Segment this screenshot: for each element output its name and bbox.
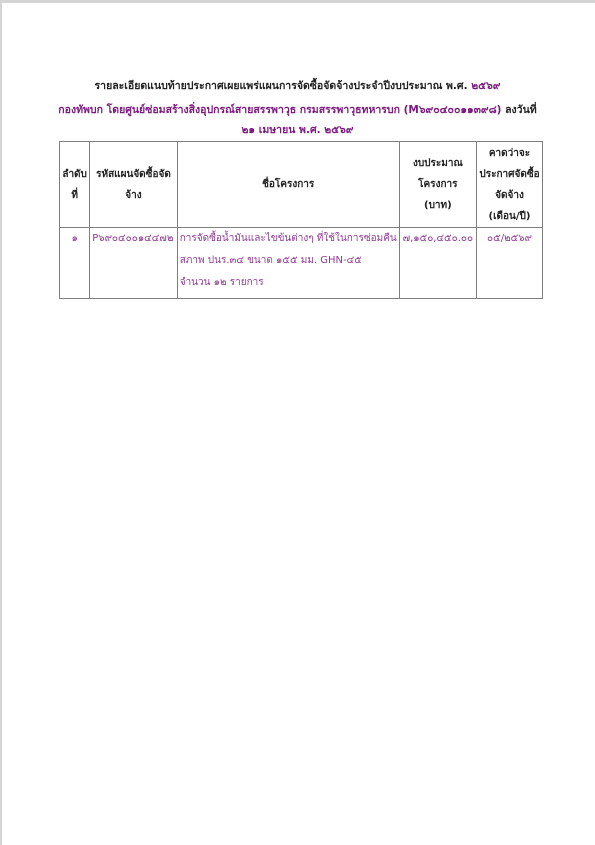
document-title-line-2: กองทัพบก โดยศูนย์ซ่อมสร้างสิ่งอุปกรณ์สาย… (0, 99, 595, 121)
header-budget: งบประมาณ โครงการ (บาท) (399, 142, 476, 228)
table-row: ๑ P๖๙๐๔๐๐๑๔๔๗๒ การจัดซื้อน้ำมันและไขข้นต… (60, 228, 543, 299)
table-header-row: ลำดับ ที่ รหัสแผนจัดซื้อจัด จ้าง ชื่อโคร… (60, 142, 543, 228)
fiscal-year: ๒๕๖๙ (471, 80, 500, 92)
dated-label: ลงวันที่ (501, 104, 536, 116)
cell-sequence: ๑ (60, 228, 90, 299)
document-date: ๒๑ เมษายน พ.ศ. ๒๕๖๙ (0, 119, 595, 141)
procurement-plan-table: ลำดับ ที่ รหัสแผนจัดซื้อจัด จ้าง ชื่อโคร… (59, 141, 543, 299)
document-title-line-1: รายละเอียดแนบท้ายประกาศเผยแพร่แผนการจัดซ… (0, 75, 595, 97)
header-project-name: ชื่อโครงการ (177, 142, 399, 228)
title-text: รายละเอียดแนบท้ายประกาศเผยแพร่แผนการจัดซ… (95, 80, 472, 92)
header-expected-announce: คาดว่าจะ ประกาศจัดซื้อ จัดจ้าง (เดือน/ปี… (476, 142, 542, 228)
agency-name: กองทัพบก โดยศูนย์ซ่อมสร้างสิ่งอุปกรณ์สาย… (58, 104, 501, 116)
cell-plan-code: P๖๙๐๔๐๐๑๔๔๗๒ (90, 228, 177, 299)
header-sequence: ลำดับ ที่ (60, 142, 90, 228)
cell-budget: ๗,๑๕๐,๔๕๐.๐๐ (399, 228, 476, 299)
cell-project-name: การจัดซื้อน้ำมันและไขข้นต่างๆ ที่ใช้ในกา… (177, 228, 399, 299)
cell-expected-announce: ๐๕/๒๕๖๙ (476, 228, 542, 299)
header-plan-code: รหัสแผนจัดซื้อจัด จ้าง (90, 142, 177, 228)
